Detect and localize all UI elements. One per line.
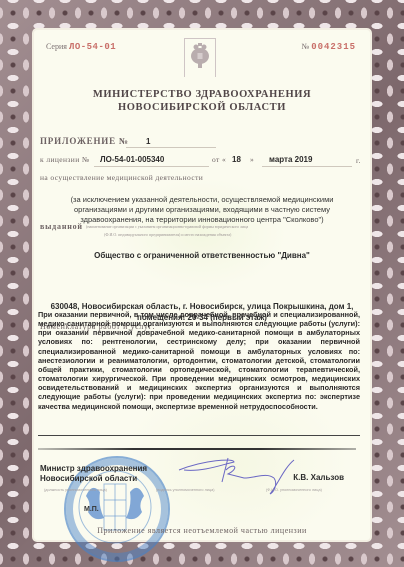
appendix-number: 1 [146,137,150,146]
license-label: к лицензии № [40,155,89,164]
ministry-line-2: НОВОСИБИРСКОЙ ОБЛАСТИ [34,101,370,114]
number-label: № [302,42,310,51]
signature-caption: (подпись уполномоченного лица) [156,488,214,492]
activity-type-label: на осуществление медицинской деятельност… [40,173,203,182]
year-suffix: г. [356,156,361,165]
signer-name: К.В. Хальзов [293,473,344,482]
services-list: При оказании первичной, в том числе довр… [38,310,360,411]
date-day: 18 [232,155,241,164]
footer-note: Приложение является неотъемлемой частью … [34,526,370,535]
form-number-field: № 0042315 [302,42,356,52]
name-caption: (Ф.И.О. уполномоченного лица) [266,488,322,492]
issued-to-label: выданной [40,222,83,231]
signatory-position: Министр здравоохранения Новосибирской об… [40,464,147,484]
position-line-1: Министр здравоохранения [40,464,147,474]
services-text: При оказании первичной, в том числе довр… [38,310,360,411]
date-from-label: от « [212,155,226,164]
appendix-label: ПРИЛОЖЕНИЕ № [40,136,129,146]
date-close-quote: » [250,155,254,164]
exclusion-clause: (за исключением указанной деятельности, … [34,195,370,225]
series-field: Серия ЛО-54-01 [46,42,116,52]
date-month-year: марта 2019 [269,155,312,164]
issued-caption-1: (наименование организации с указанием ор… [86,224,248,229]
form-number-value: 0042315 [311,42,356,52]
license-number: ЛО-54-01-005340 [100,155,164,164]
coat-of-arms-icon [184,38,216,77]
organization-name: Общество с ограниченной ответственностью… [34,251,370,260]
issued-caption-2: (Ф.И.О. индивидуального предпринимателя)… [104,232,231,237]
series-value: ЛО-54-01 [69,42,116,52]
underline-rule [38,435,360,436]
issuing-authority-title: МИНИСТЕРСТВО ЗДРАВООХРАНЕНИЯ НОВОСИБИРСК… [34,88,370,114]
stamp-place-label: М.П. [84,506,99,513]
position-caption: (должность уполномоченного лица) [44,488,107,492]
ministry-line-1: МИНИСТЕРСТВО ЗДРАВООХРАНЕНИЯ [34,88,370,101]
series-label: Серия [46,42,67,51]
license-appendix-document: Серия ЛО-54-01 № 0042315 МИНИСТЕРСТВО ЗД… [34,30,370,540]
position-line-2: Новосибирской области [40,474,147,484]
